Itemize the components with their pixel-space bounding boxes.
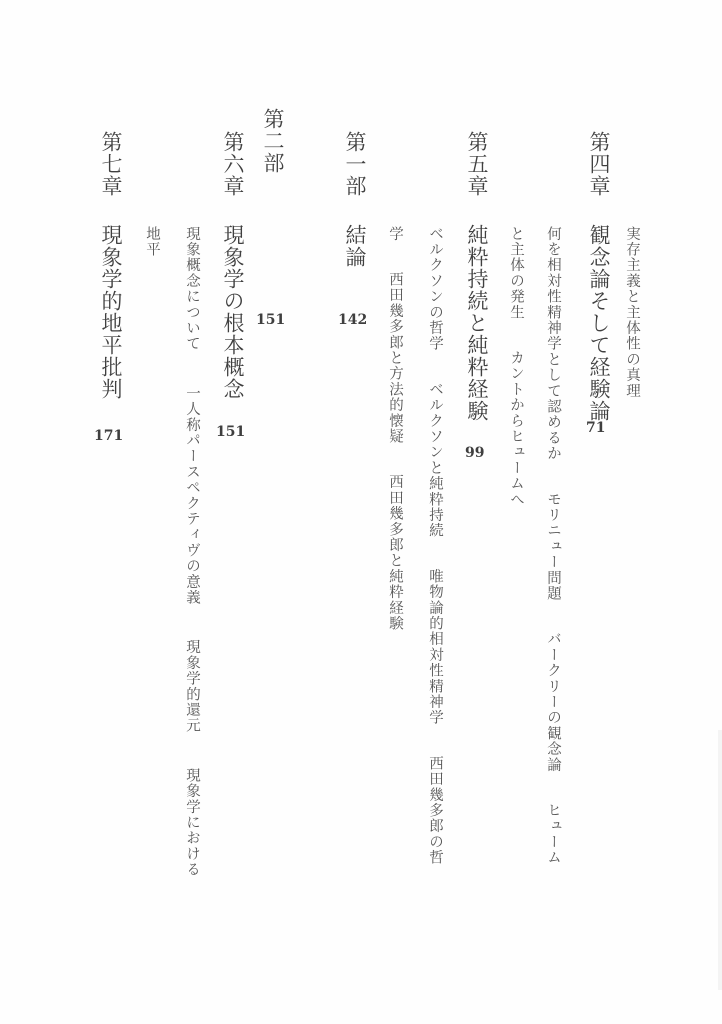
toc-section[interactable]: 唯物論的相対性精神学 — [427, 569, 443, 726]
toc-section[interactable]: 西田幾多郎と純粋経験 — [387, 474, 403, 631]
toc-section[interactable]: ベルクソンと純粋持続 — [427, 382, 443, 539]
chapter-5-sections-1: ベルクソンの哲学ベルクソンと純粋持続唯物論的相対性精神学西田幾多郎の哲 — [425, 226, 446, 866]
toc-section-line: 実存主義と主体性の真理 — [622, 226, 643, 399]
chapter-4-title[interactable]: 観念論そして経験論 — [584, 224, 614, 422]
part-2-page: 151 — [256, 312, 285, 328]
chapter-5-label: 第五章 — [462, 131, 492, 197]
toc-section[interactable]: 何を相対性精神学として認めるか — [545, 226, 561, 462]
chapter-4-label: 第四章 — [584, 131, 614, 197]
toc-section[interactable]: 現象学における — [184, 768, 200, 878]
part-1-label: 第一部 — [340, 131, 370, 197]
chapter-7-title[interactable]: 現象学的地平批判 — [96, 224, 126, 400]
part-1-conclusion-page: 142 — [338, 312, 367, 328]
chapter-7-label: 第七章 — [96, 131, 126, 197]
toc-section[interactable]: ヒューム — [545, 803, 561, 866]
toc-section[interactable]: 地平 — [144, 226, 160, 257]
toc-section[interactable]: と主体の発生 — [508, 226, 524, 320]
chapter-6-page: 151 — [216, 424, 245, 440]
chapter-6-sections-2: 地平 — [142, 226, 163, 257]
toc-section[interactable]: ベルクソンの哲学 — [427, 226, 443, 352]
toc-section[interactable]: バークリーの観念論 — [545, 631, 561, 772]
chapter-7-page: 171 — [94, 428, 123, 444]
toc-section[interactable]: 西田幾多郎と方法的懐疑 — [387, 272, 403, 445]
chapter-4-page: 71 — [586, 420, 605, 436]
part-2-label[interactable]: 第二部 — [258, 108, 288, 174]
chapter-4-sections-2: と主体の発生カントからヒュームへ — [506, 226, 527, 507]
toc-page: 実存主義と主体性の真理 第四章 観念論そして経験論 71 何を相対性精神学として… — [0, 0, 722, 1024]
chapter-6-title[interactable]: 現象学の根本概念 — [218, 224, 248, 400]
toc-section[interactable]: モリニュー問題 — [545, 492, 561, 602]
toc-section[interactable]: 現象学的還元 — [184, 639, 200, 733]
chapter-6-label: 第六章 — [218, 131, 248, 197]
toc-section[interactable]: 学 — [387, 226, 403, 242]
toc-section: 実存主義と主体性の真理 — [624, 226, 640, 399]
chapter-4-sections-1: 何を相対性精神学として認めるかモリニュー問題バークリーの観念論ヒューム — [543, 226, 564, 866]
chapter-5-page: 99 — [465, 445, 484, 461]
chapter-5-sections-2: 学西田幾多郎と方法的懐疑西田幾多郎と純粋経験 — [385, 226, 406, 631]
chapter-6-sections-1: 現象概念について一人称パースペクティヴの意義現象学的還元現象学における — [182, 226, 203, 878]
toc-section[interactable]: 現象概念について — [184, 226, 200, 352]
toc-section[interactable]: 西田幾多郎の哲 — [427, 756, 443, 866]
toc-section[interactable]: カントからヒュームへ — [508, 350, 524, 507]
chapter-5-title[interactable]: 純粋持続と純粋経験 — [462, 224, 492, 422]
page-edge-shadow — [718, 730, 722, 990]
part-1-conclusion-title[interactable]: 結論 — [340, 224, 370, 268]
toc-section[interactable]: 一人称パースペクティヴの意義 — [184, 386, 200, 606]
